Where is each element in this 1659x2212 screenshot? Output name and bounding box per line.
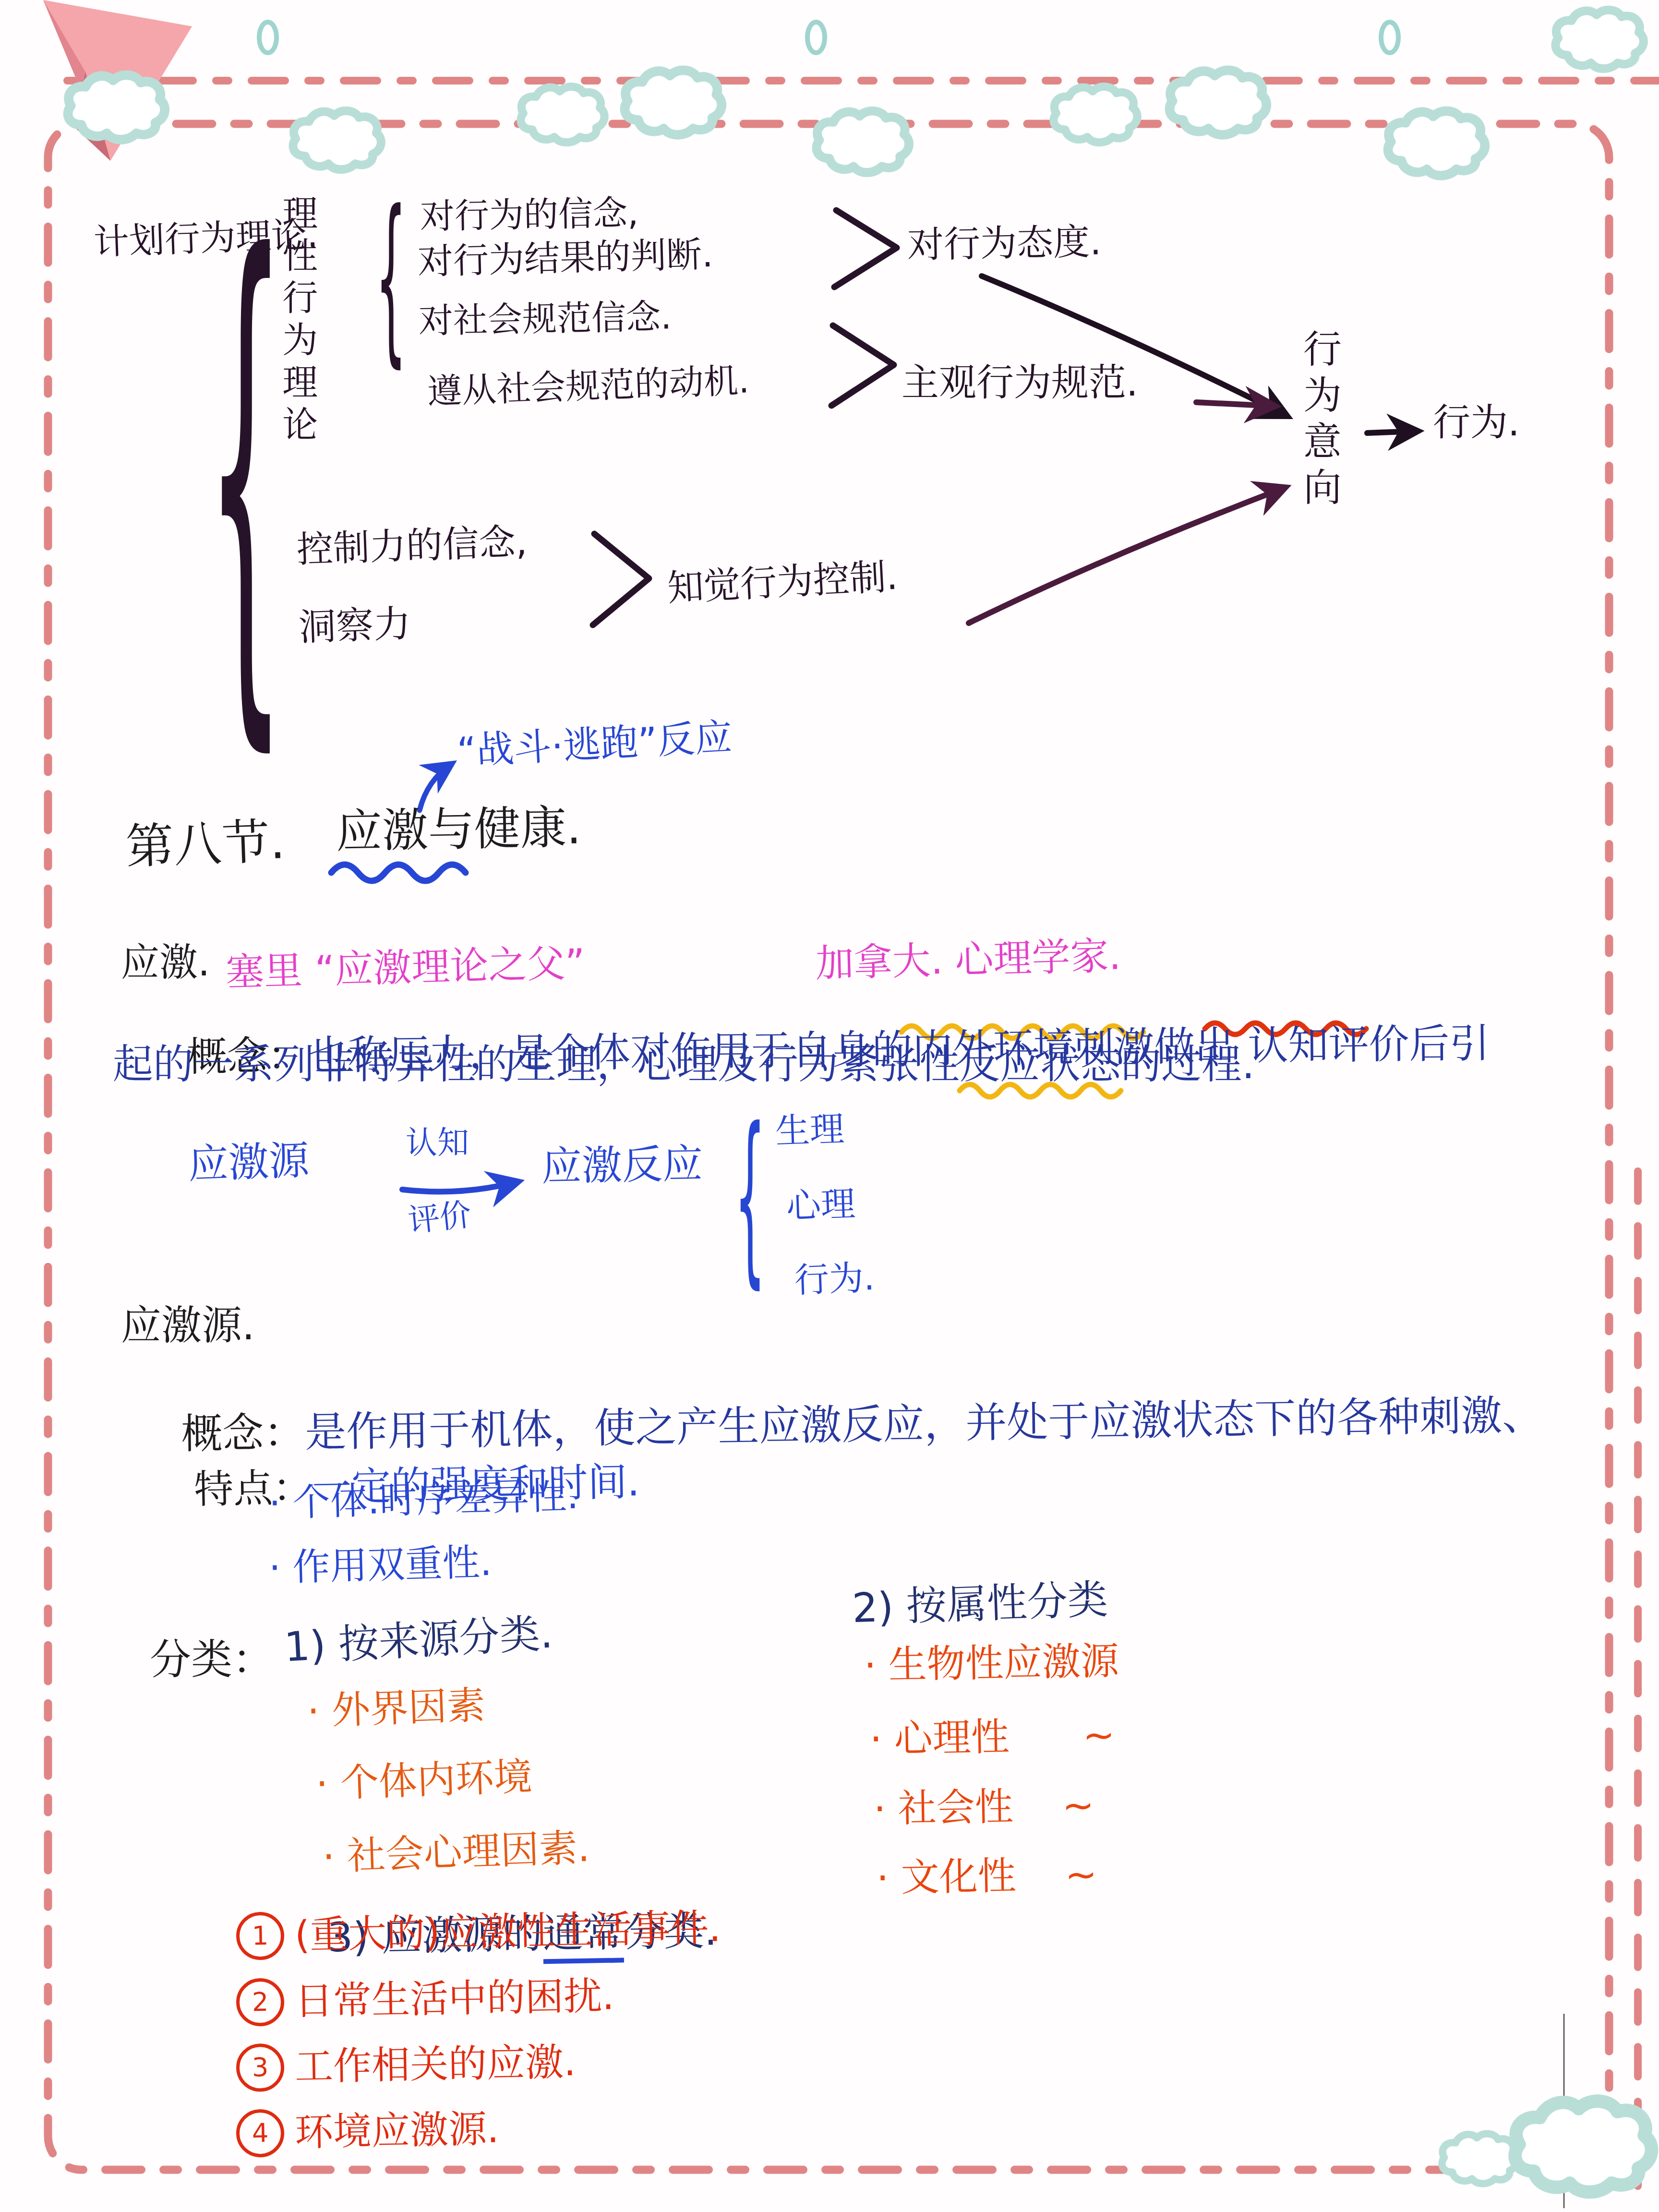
flow-brace: { <box>734 1104 766 1290</box>
chapter-number: 第八节. <box>125 813 286 876</box>
common-item-text: 环境应激源. <box>294 2106 499 2155</box>
notebook-page: 计划行为理论. { 理性行为理论 { 对行为的信念, 对行为结果的判断. 对社会… <box>0 0 1659 2212</box>
stress-concept-line2: 起的一系列非特异性的生理，心理及行为紧张性反应状态的过程. <box>113 1041 1255 1088</box>
subjective-norm-node: 主观行为规范. <box>902 361 1138 405</box>
control-belief-item: 控制力的信念, <box>296 520 528 571</box>
attribute-item: · 社会性 ~ <box>873 1783 1094 1832</box>
tpb-root-label: 计划行为理论. <box>93 220 179 262</box>
wavy-underline-title <box>331 865 466 881</box>
arrow-norm-to-intention <box>1196 402 1274 406</box>
behavior-node: 行为. <box>1433 401 1520 445</box>
attitude-node: 对行为态度. <box>907 220 1102 266</box>
chevron-icon <box>831 325 894 406</box>
section-title: 应激与健康. <box>336 801 581 859</box>
tpb-beliefs-brace: { <box>375 187 407 370</box>
circled-number: 3 <box>236 2043 285 2092</box>
attribute-item: · 文化性 ~ <box>876 1852 1097 1901</box>
flow-arrow <box>402 1182 517 1191</box>
common-item: 1 (重大的)应激性生活事件. <box>236 1904 721 1960</box>
intention-node: 行为意向 <box>1296 329 1341 511</box>
chevron-icon <box>593 534 649 625</box>
source-item: · 外界因素 <box>306 1683 486 1734</box>
common-item: 3 工作相关的应激. <box>236 2038 576 2092</box>
source-item: · 个体内环境 <box>315 1754 533 1807</box>
attribute-item: · 心理性 ~ <box>869 1713 1115 1762</box>
attribute-item: · 生物性应激源 <box>864 1638 1119 1688</box>
common-item-text: (重大的)应激性生活事件. <box>294 1905 721 1958</box>
flow-arrow-label-top: 认知 <box>406 1124 469 1162</box>
ring-icon <box>807 22 825 53</box>
flow-output: 生理 <box>775 1109 845 1152</box>
flow-source-node: 应激源 <box>187 1137 310 1189</box>
classify-label: 分类： <box>150 1636 274 1684</box>
belief-item: 对行为的信念, <box>420 192 638 237</box>
insight-item: 洞察力 <box>298 602 411 650</box>
common-item: 2 日常生活中的困扰. <box>236 1972 614 2027</box>
tpb-theory-label: 理性行为理论 <box>276 194 318 463</box>
flow-output: 心理 <box>786 1184 856 1227</box>
chevron-icon <box>834 210 897 287</box>
common-item-text: 工作相关的应激. <box>294 2040 576 2090</box>
arrow-intention-to-behavior <box>1367 431 1417 433</box>
ring-icon <box>1381 22 1398 53</box>
flow-output: 行为. <box>794 1257 876 1301</box>
feature-item: · 作用双重性. <box>268 1540 493 1590</box>
stress-term: 应激. <box>121 940 210 985</box>
feature-item: · 个体.时序差异性. <box>268 1474 579 1526</box>
arrow-control-to-intention <box>969 488 1285 623</box>
belief-item: 对社会规范信念. <box>418 296 672 341</box>
flow-response-node: 应激反应 <box>541 1140 703 1190</box>
stressor-term: 应激源. <box>121 1302 255 1349</box>
tpb-main-brace: { <box>206 192 285 749</box>
circled-number: 4 <box>236 2109 285 2158</box>
classify-by-attribute-heading: 2) 按属性分类 <box>851 1576 1108 1633</box>
ring-icon <box>259 22 276 53</box>
circled-number: 1 <box>236 1911 285 1960</box>
belief-item: 对行为结果的判断. <box>417 234 714 283</box>
common-item-text: 日常生活中的困扰. <box>294 1973 614 2024</box>
circled-number: 2 <box>236 1978 285 2027</box>
common-item: 4 环境应激源. <box>236 2105 499 2158</box>
flow-arrow-label-bottom: 评价 <box>406 1196 473 1239</box>
